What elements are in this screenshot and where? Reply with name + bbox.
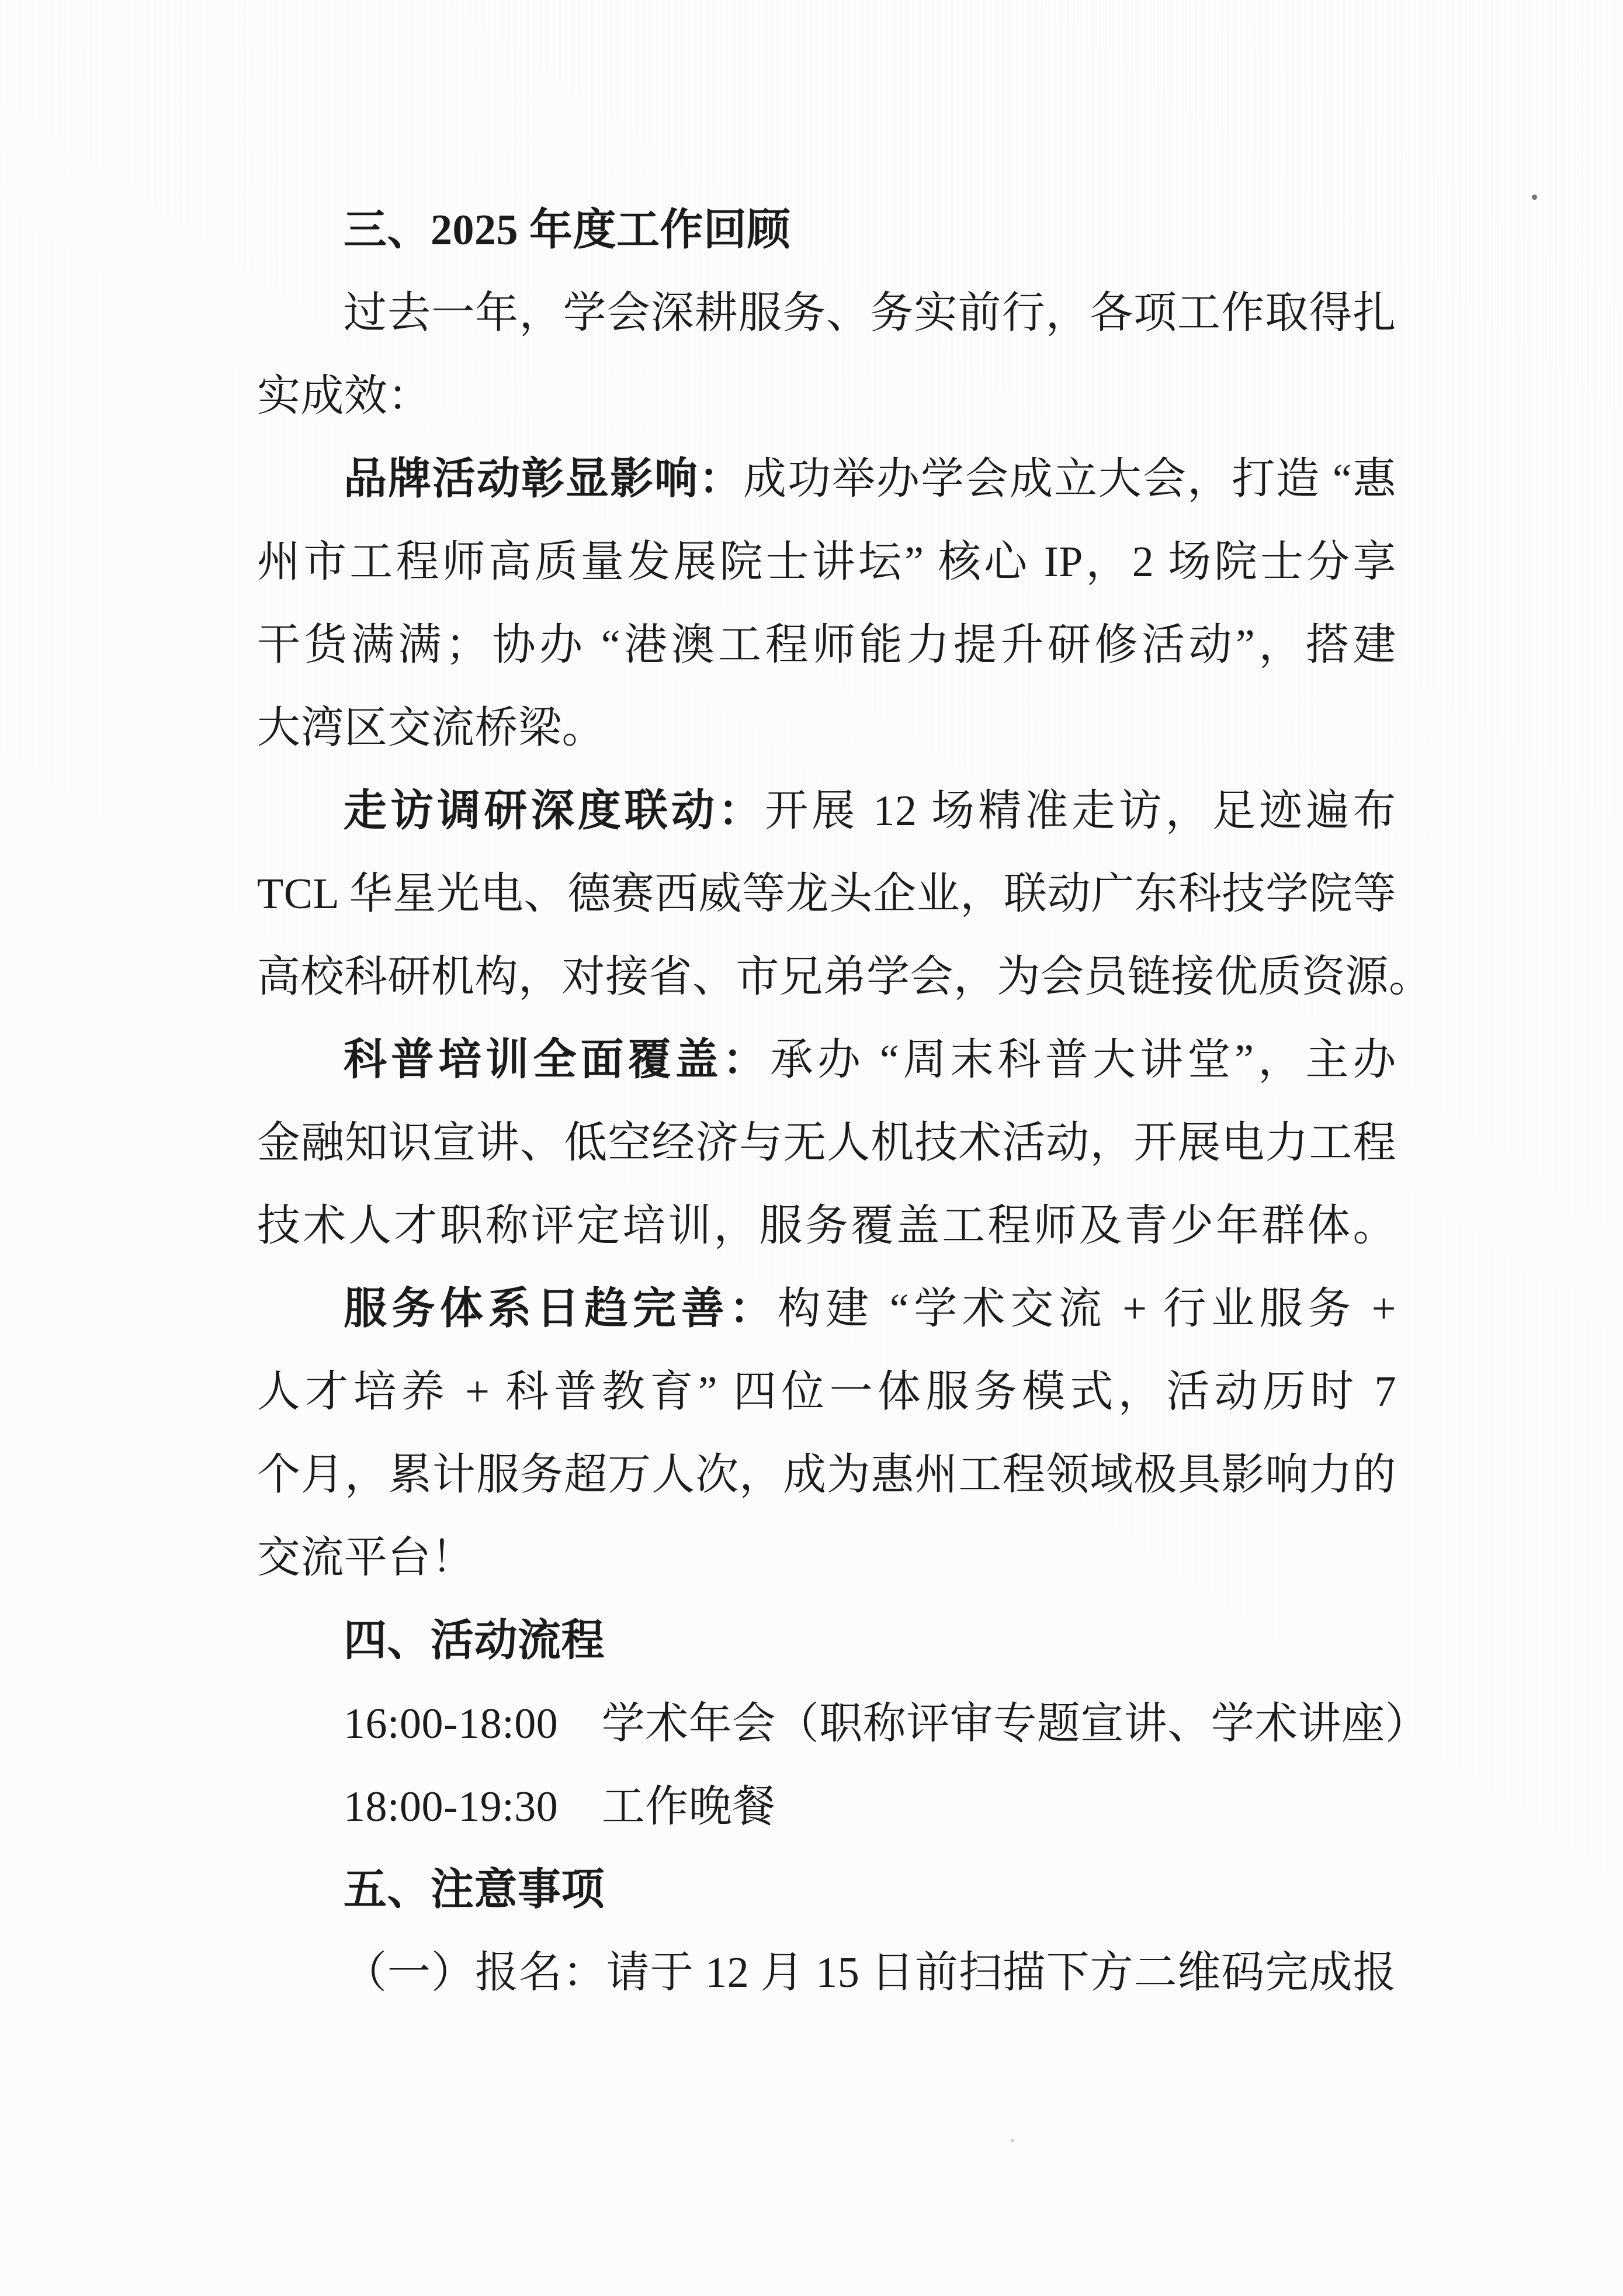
section-heading: 五、注意事项: [344, 1848, 1396, 1931]
text-line: 技术人才职称评定培训，服务覆盖工程师及青少年群体。: [257, 1185, 1396, 1268]
text-line: 州市工程师高质量发展院士讲坛” 核心 IP，2 场院士分享: [257, 521, 1396, 604]
section-heading: 四、活动流程: [344, 1599, 1396, 1682]
text-line: 16:00-18:00 学术年会（职称评审专题宣讲、学术讲座）: [344, 1682, 1396, 1765]
text-run: 金融知识宣讲、低空经济与无人机技术活动，开展电力工程: [257, 1119, 1396, 1167]
bold-run: 服务体系日趋完善：: [344, 1285, 778, 1333]
text-run: 大湾区交流桥梁。: [257, 704, 605, 752]
bold-run: 三、2025 年度工作回顾: [344, 206, 790, 254]
text-run: 高校科研机构，对接省、市兄弟学会，为会员链接优质资源。: [257, 953, 1433, 1001]
text-run: 技术人才职称评定培训，服务覆盖工程师及青少年群体。: [257, 1202, 1396, 1250]
text-run: 干货满满；协办 “港澳工程师能力提升研修活动”，搭建: [257, 621, 1396, 669]
text-line: 实成效：: [257, 355, 1396, 438]
text-line: 过去一年，学会深耕服务、务实前行，各项工作取得扎: [344, 272, 1396, 355]
text-run: 州市工程师高质量发展院士讲坛” 核心 IP，2 场院士分享: [257, 538, 1396, 586]
text-run: 开展 12 场精准走访，足迹遍布: [765, 787, 1396, 835]
text-line: 大湾区交流桥梁。: [257, 687, 1396, 770]
bold-run: 五、注意事项: [344, 1866, 605, 1914]
text-run: 成功举办学会成立大会，打造 “惠: [743, 455, 1396, 503]
text-run: 承办 “周末科普大讲堂”，主办: [770, 1036, 1396, 1084]
bold-run: 四、活动流程: [344, 1617, 605, 1665]
text-line: （一）报名：请于 12 月 15 日前扫描下方二维码完成报: [344, 1931, 1396, 2014]
text-line: 个月，累计服务超万人次，成为惠州工程领域极具影响力的: [257, 1433, 1396, 1516]
bold-run: 科普培训全面覆盖：: [344, 1036, 770, 1084]
text-run: 过去一年，学会深耕服务、务实前行，各项工作取得扎: [344, 289, 1396, 337]
text-line: 18:00-19:30 工作晚餐: [344, 1765, 1396, 1848]
text-run: TCL 华星光电、德赛西威等龙头企业，联动广东科技学院等: [257, 870, 1396, 918]
text-line: 金融知识宣讲、低空经济与无人机技术活动，开展电力工程: [257, 1102, 1396, 1185]
text-line: 服务体系日趋完善：构建 “学术交流 + 行业服务 +: [344, 1268, 1396, 1350]
scan-speck: [1011, 2139, 1014, 2142]
section-heading: 三、2025 年度工作回顾: [344, 189, 1396, 272]
text-line: 品牌活动彰显影响：成功举办学会成立大会，打造 “惠: [344, 438, 1396, 521]
scan-speck: [1532, 195, 1537, 200]
text-line: 干货满满；协办 “港澳工程师能力提升研修活动”，搭建: [257, 604, 1396, 687]
document-lines: 三、2025 年度工作回顾过去一年，学会深耕服务、务实前行，各项工作取得扎实成效…: [257, 189, 1396, 2014]
text-run: 构建 “学术交流 + 行业服务 +: [778, 1285, 1396, 1333]
text-run: 个月，累计服务超万人次，成为惠州工程领域极具影响力的: [257, 1451, 1396, 1499]
bold-run: 走访调研深度联动：: [344, 787, 765, 835]
text-line: TCL 华星光电、德赛西威等龙头企业，联动广东科技学院等: [257, 853, 1396, 936]
text-line: 人才培养 + 科普教育” 四位一体服务模式，活动历时 7: [257, 1350, 1396, 1433]
text-run: 16:00-18:00 学术年会（职称评审专题宣讲、学术讲座）: [344, 1700, 1428, 1748]
document-page: 三、2025 年度工作回顾过去一年，学会深耕服务、务实前行，各项工作取得扎实成效…: [0, 0, 1623, 2296]
text-run: 18:00-19:30 工作晚餐: [344, 1783, 776, 1831]
bold-run: 品牌活动彰显影响：: [344, 455, 743, 503]
text-run: 实成效：: [257, 372, 431, 420]
text-line: 科普培训全面覆盖：承办 “周末科普大讲堂”，主办: [344, 1019, 1396, 1102]
text-line: 走访调研深度联动：开展 12 场精准走访，足迹遍布: [344, 770, 1396, 853]
text-run: 人才培养 + 科普教育” 四位一体服务模式，活动历时 7: [257, 1368, 1396, 1416]
text-line: 交流平台！: [257, 1516, 1396, 1599]
text-run: （一）报名：请于 12 月 15 日前扫描下方二维码完成报: [344, 1949, 1396, 1997]
text-line: 高校科研机构，对接省、市兄弟学会，为会员链接优质资源。: [257, 936, 1396, 1019]
text-run: 交流平台！: [257, 1534, 475, 1582]
